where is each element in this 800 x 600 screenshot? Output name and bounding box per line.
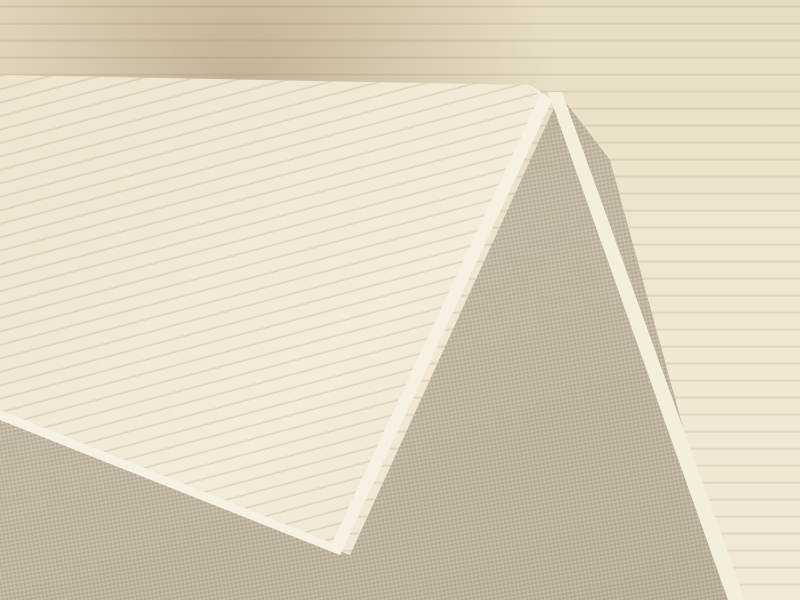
rug-photo — [0, 0, 800, 600]
